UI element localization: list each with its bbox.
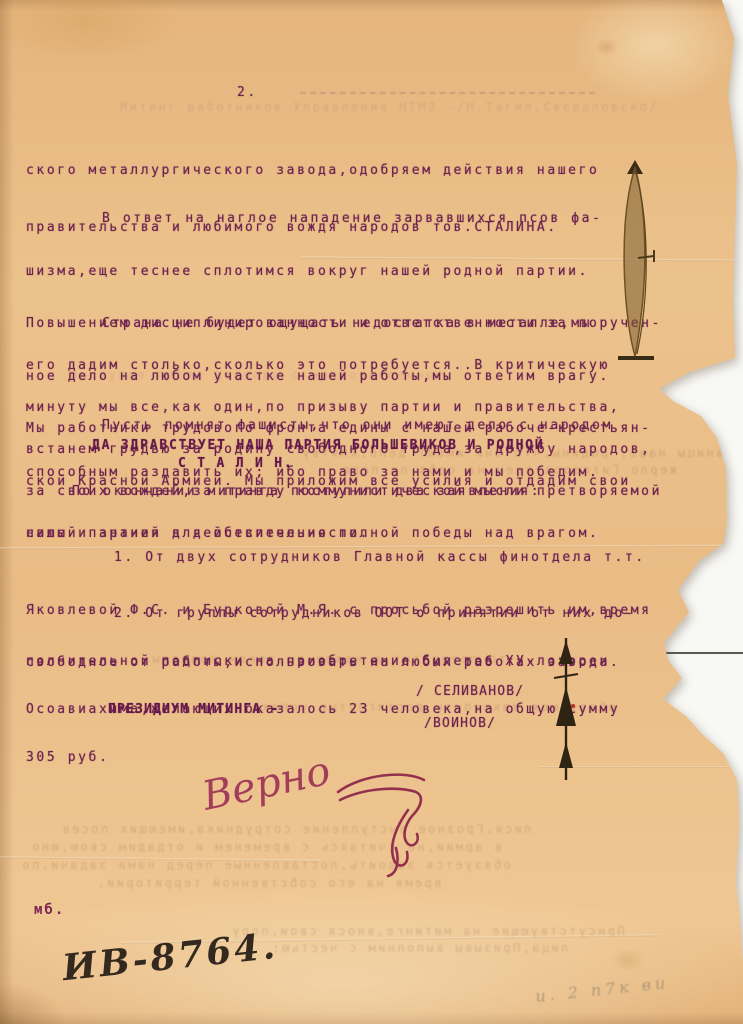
statements-intro: По окончании митинга поступили два заявл… [72,484,541,499]
text-line: шизма,еще теснее сплотимся вокруг нашей … [26,263,662,281]
signature-selivanov: / СЕЛИВАНОВ/ [416,684,524,699]
paper-sheet: Митинг работников Управления НТМЗ -/Н.Та… [0,0,743,1024]
ghost-text-row: Присутствующие на митинге,внося свои,пор… [230,924,625,938]
text-line: его дадим столько,сколько это потребуетс… [26,359,662,373]
text-line: полнительной подписки на приобретение би… [26,654,635,670]
text-line: 1. От двух сотрудников Главной кассы фин… [26,549,652,567]
presidium-label: ПРЕЗИДИУМ МИТИНГА - [108,702,280,717]
text-line: Пусть помнят фашисты,что они имеют дело.… [26,418,613,434]
certified-note-text: Верно [198,748,335,820]
ghost-text-row: лица,Призывы выполним с честью: [270,941,568,955]
text-line: способным раздавить их; ибо право за нам… [26,465,613,481]
typist-mark: мб. [34,902,65,918]
ghost-text-row: время на его собственной территории. [95,876,442,890]
margin-ink-mark-lens [608,158,672,370]
scanned-document: Митинг работников Управления НТМЗ -/Н.Та… [0,0,743,1024]
text-line: Страна не будет ощущать недостатка в мет… [26,317,662,331]
slogan-line-2: С Т А Л И Н. [178,456,294,471]
text-line: В ответ на наглое нападение зарвавшихся … [26,210,662,228]
paper-sheet-wrap: Митинг работников Управления НТМЗ -/Н.Та… [0,0,743,1024]
text-line: 2. От группы сотрудников ООТ о принятии … [26,606,635,622]
slogan-line-1: ДА ЗДРАВСТВУЕТ НАША ПАРТИЯ БОЛЬШЕВИКОВ И… [92,438,544,453]
signature-voinov: /ВОИНОВ/ [424,716,496,731]
archive-number: ИВ-8764. [60,925,279,989]
certifier-signature: Верно [200,748,480,878]
margin-ink-mark-arrow [546,634,590,784]
ghost-text-row: Митинг работников Управления НТМЗ -/Н.Та… [120,100,659,114]
pencil-note: и. 2 п7к ви [534,973,670,1006]
ghost-strike-line [300,92,595,94]
page-number: 2. [237,85,258,100]
